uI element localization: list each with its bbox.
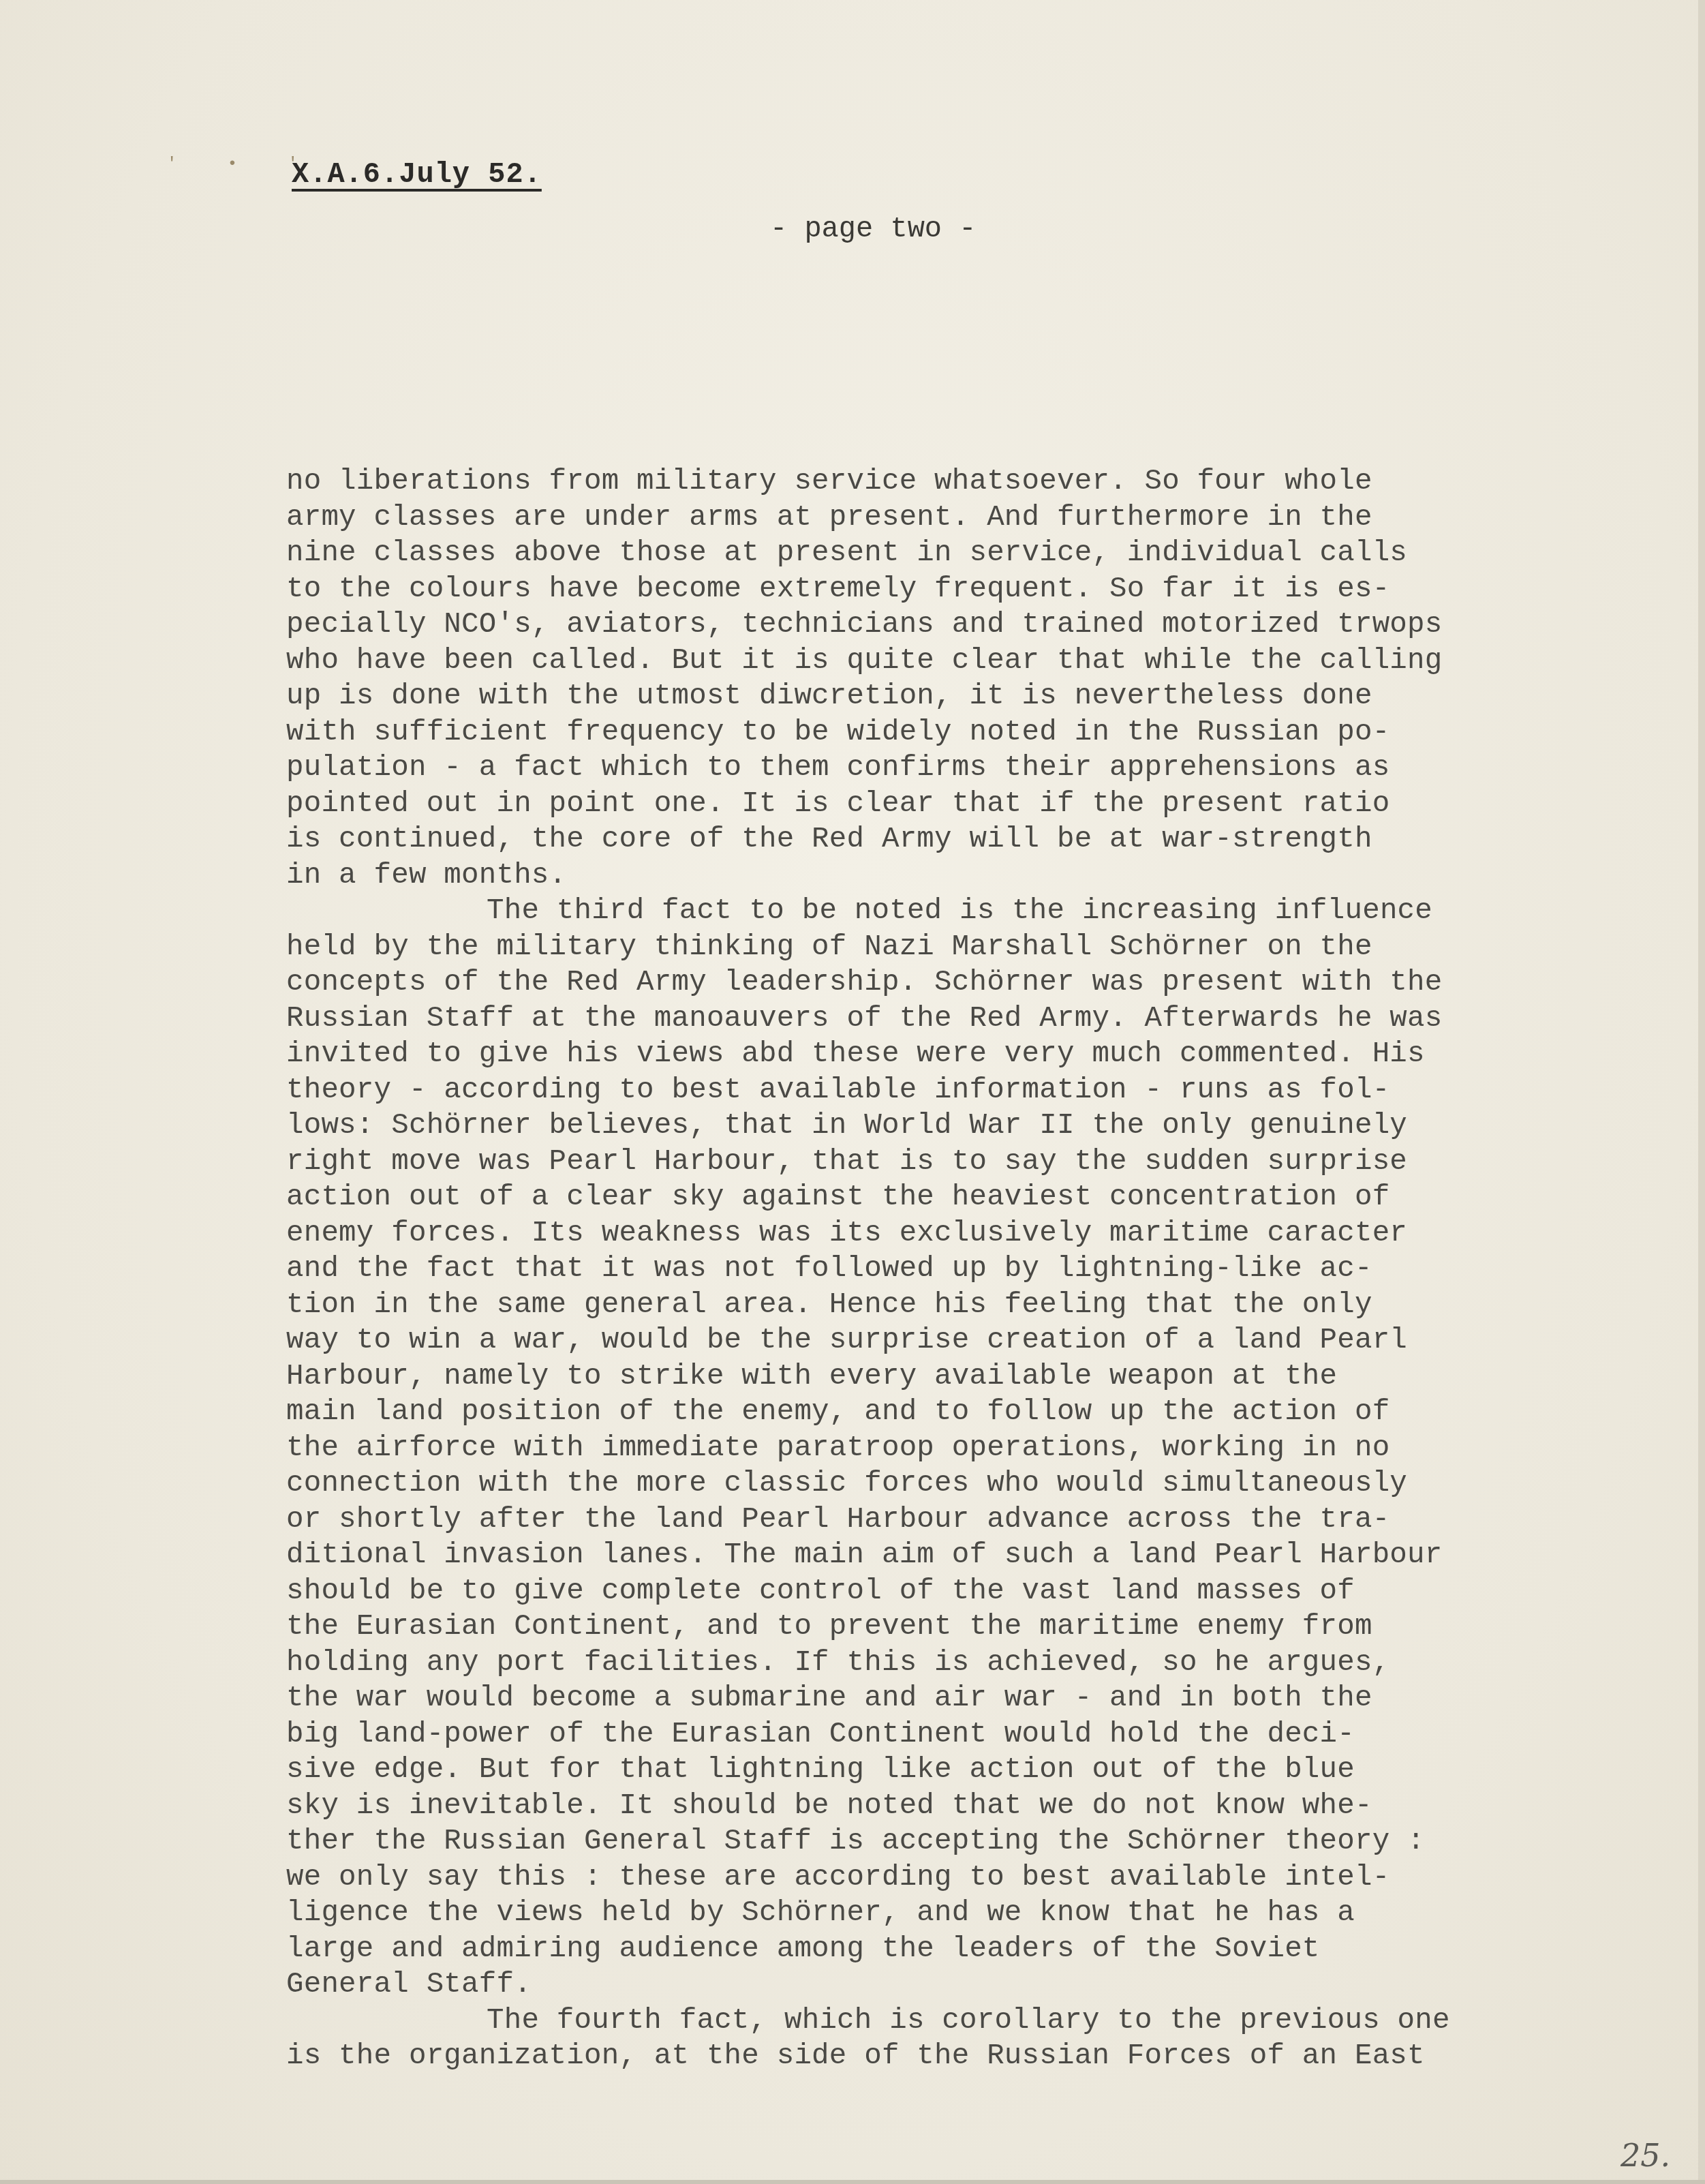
document-body: no liberations from military service wha… (286, 464, 1649, 2074)
document-reference: X.A.6.Julу 52. (292, 158, 542, 191)
text-line: should be to give complete control of th… (286, 1573, 1649, 1609)
paper-edge (1698, 0, 1705, 2184)
text-line: way to win a war, would be the surprise … (286, 1322, 1649, 1359)
text-line: or shortly after the land Pearl Harbour … (286, 1502, 1649, 1538)
text-line: The third fact to be noted is the increa… (286, 893, 1649, 929)
text-line: the airforce with immediate paratroop op… (286, 1430, 1649, 1466)
text-line: we only say this : these are according t… (286, 1860, 1649, 1896)
text-line: with sufficient frequency to be widely n… (286, 714, 1649, 750)
text-line: enemy forces. Its weakness was its exclu… (286, 1215, 1649, 1252)
text-line: holding any port facilities. If this is … (286, 1645, 1649, 1681)
text-line: in a few months. (286, 858, 1649, 894)
text-line: sky is inevitable. It should be noted th… (286, 1788, 1649, 1824)
text-line: ligence the views held by Schörner, and … (286, 1895, 1649, 1931)
text-line: concepts of the Red Army leadership. Sch… (286, 965, 1649, 1001)
text-line: ther the Russian General Staff is accept… (286, 1823, 1649, 1860)
text-line: the war would become a submarine and air… (286, 1680, 1649, 1716)
text-line: the Eurasian Continent, and to prevent t… (286, 1609, 1649, 1645)
text-line: nine classes above those at present in s… (286, 535, 1649, 571)
text-line: large and admiring audience among the le… (286, 1931, 1649, 1967)
page-header: - page two - (770, 213, 976, 245)
text-line: sive edge. But for that lightning like a… (286, 1752, 1649, 1788)
folio-number: 25. (1620, 2137, 1670, 2174)
text-line: tion in the same general area. Hence his… (286, 1287, 1649, 1323)
text-line: connection with the more classic forces … (286, 1466, 1649, 1502)
text-line: is the organization, at the side of the … (286, 2038, 1649, 2074)
text-line: no liberations from military service wha… (286, 464, 1649, 500)
text-line: theory - according to best available inf… (286, 1072, 1649, 1108)
text-line: army classes are under arms at present. … (286, 500, 1649, 536)
text-line: up is done with the utmost diwcretion, i… (286, 678, 1649, 714)
text-line: Russian Staff at the manoauvers of the R… (286, 1001, 1649, 1037)
text-line: lows: Schörner believes, that in World W… (286, 1108, 1649, 1144)
text-line: pecially NCO's, aviators, technicians an… (286, 607, 1649, 643)
text-line: pulation - a fact which to them confirms… (286, 750, 1649, 786)
text-line: big land-power of the Eurasian Continent… (286, 1716, 1649, 1753)
text-line: The fourth fact, which is corollary to t… (286, 2003, 1649, 2039)
text-line: General Staff. (286, 1967, 1649, 2003)
text-line: right move was Pearl Harbour, that is to… (286, 1144, 1649, 1180)
paper-edge-bottom (0, 2180, 1705, 2184)
text-line: action out of a clear sky against the he… (286, 1179, 1649, 1215)
text-line: who have been called. But it is quite cl… (286, 643, 1649, 679)
text-line: pointed out in point one. It is clear th… (286, 786, 1649, 822)
text-line: is continued, the core of the Red Army w… (286, 821, 1649, 858)
text-line: to the colours have become extremely fre… (286, 571, 1649, 607)
text-line: and the fact that it was not followed up… (286, 1251, 1649, 1287)
text-line: ditional invasion lanes. The main aim of… (286, 1537, 1649, 1573)
text-line: Harbour, namely to strike with every ava… (286, 1359, 1649, 1395)
text-line: held by the military thinking of Nazi Ma… (286, 929, 1649, 965)
text-line: invited to give his views abd these were… (286, 1036, 1649, 1072)
text-line: main land position of the enemy, and to … (286, 1394, 1649, 1430)
